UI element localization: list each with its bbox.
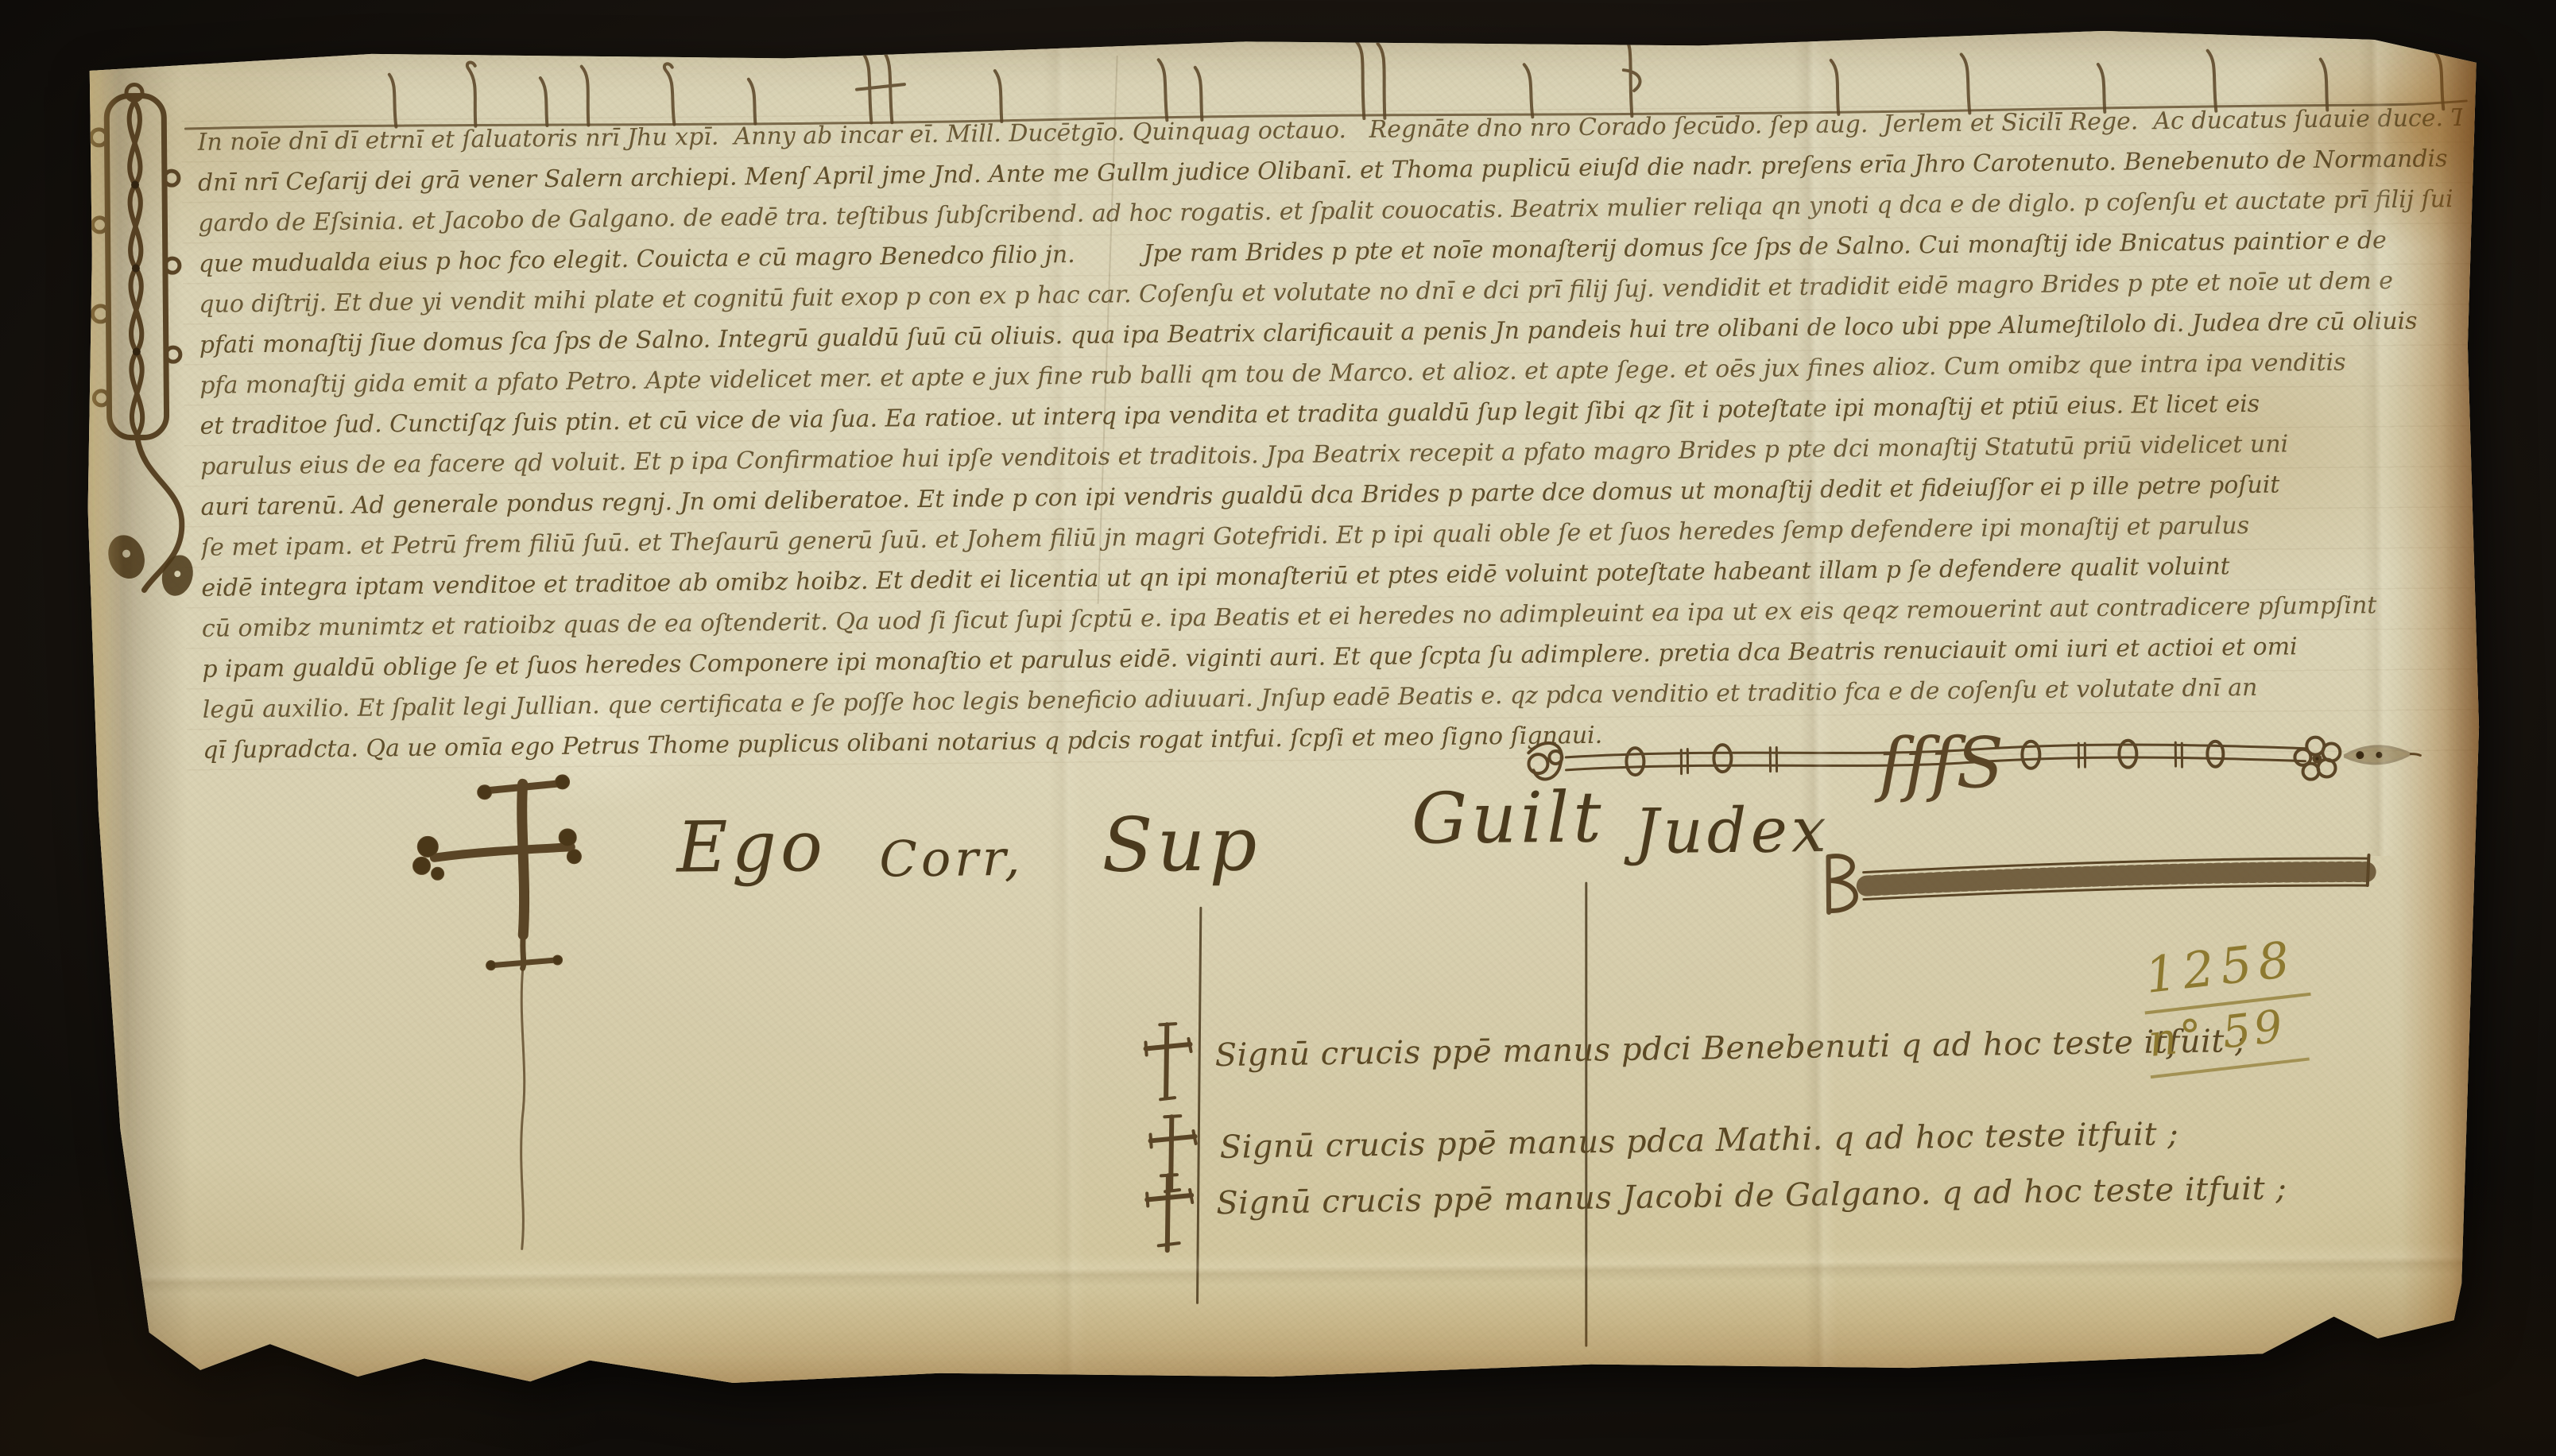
body-text-line: dnī nrī Ceſarij dei grā vener Salern arc… <box>198 143 2448 199</box>
archival-mark: 1258 n° 59 <box>2137 928 2318 1078</box>
vellum-grain-texture <box>69 12 2489 1438</box>
iudex-hatched-bar <box>1817 838 2390 930</box>
body-text-line: In noīe dnī dī etrnī et ſaluatoris nrī J… <box>197 103 2462 159</box>
body-text-line: qī ſupradcta. Qa ue omīa ego Petrus Thom… <box>203 720 1602 767</box>
judge-subscription-sup: Sup <box>1102 801 1261 889</box>
judge-subscription-iudex: Judex <box>1634 795 1830 868</box>
burnt-right-edge <box>2390 12 2489 1418</box>
fold-crease <box>2358 13 2397 856</box>
archival-year: 1258 <box>2137 928 2310 1014</box>
cross-icon <box>1141 1169 1197 1257</box>
body-text-line: eidē integra iptam venditoe et traditoe … <box>201 551 2230 605</box>
body-text-line: auri tarenū. Ad generale pondus regnj. J… <box>200 470 2279 524</box>
horizontal-crease <box>80 1242 2488 1295</box>
signature-cross <box>385 760 580 1254</box>
body-text-line: quo diſtrij. Et due yi vendit mihi plate… <box>199 265 2393 321</box>
body-text-line: et traditoe ſud. Cunctiſqz ſuis ptin. et… <box>199 389 2260 443</box>
decorated-initial-ornament <box>76 81 216 606</box>
photo-background: In noīe dnī dī etrnī et ſaluatoris nrī J… <box>0 0 2556 1456</box>
judge-subscription-guill: Guilt <box>1412 776 1606 859</box>
notary-sign-flourish: ſſſS <box>1522 710 2421 813</box>
archival-number: n° 59 <box>2144 998 2310 1078</box>
fold-crease <box>1043 24 1086 1429</box>
parchment-shadow-wrap: In noīe dnī dī etrnī et ſaluatoris nrī J… <box>76 22 2484 1427</box>
judge-subscription-name: Corr, <box>879 829 1024 889</box>
cross-icon <box>1139 1018 1195 1106</box>
cross-icon <box>1144 1110 1200 1198</box>
body-text-line: que mudualda eius p hoc fco elegit. Coui… <box>199 225 2387 281</box>
burnt-bottom-edge <box>80 1274 2489 1438</box>
body-text-line: p ipam gualdū oblige ſe et ſuos heredes … <box>202 631 2298 686</box>
body-text-line: pfati monaſtij ſiue domus ſca ſps de Sal… <box>199 306 2418 362</box>
judge-subscription-ego: Ego <box>676 805 827 889</box>
body-text-line: parulus eius de ea facere qd voluit. Et … <box>200 428 2288 482</box>
notary-monogram: ſſſS <box>1873 722 2004 804</box>
body-text-line: pfa monaſtij gida emit a pfato Petro. Ap… <box>199 347 2346 402</box>
parchment-sheet: In noīe dnī dī etrnī et ſaluatoris nrī J… <box>69 12 2489 1438</box>
body-text-line: cū omibz munimtz et ratioibz quas de ea … <box>202 590 2377 645</box>
body-text-line: gardo de Eſsinia. et Jacobo de Galgano. … <box>198 184 2453 240</box>
guill-descender-stroke <box>1585 882 1587 1347</box>
sup-descender-stroke <box>1196 907 1202 1304</box>
surface-scratch <box>1098 56 1118 604</box>
witness-attestation-text: Signū crucis ppē manus pdci Benebenuti q… <box>1214 1022 2246 1075</box>
left-edge-curl <box>70 56 201 1392</box>
witness-attestation-text: Signū crucis ppē manus pdca Mathi. q ad … <box>1219 1115 2178 1167</box>
fold-crease <box>1794 17 1838 1423</box>
body-text-line: legū auxilio. Et ſpalit legi Jullian. qu… <box>203 672 2258 726</box>
ruling-lines <box>181 101 2476 796</box>
witness-attestation-text: Signū crucis ppē manus Jacobi de Galgano… <box>1216 1169 2287 1222</box>
body-text-line: ſe met ipam. et Petrū frem filiū ſuū. et… <box>201 510 2249 564</box>
first-line-ascenders <box>180 20 2470 143</box>
